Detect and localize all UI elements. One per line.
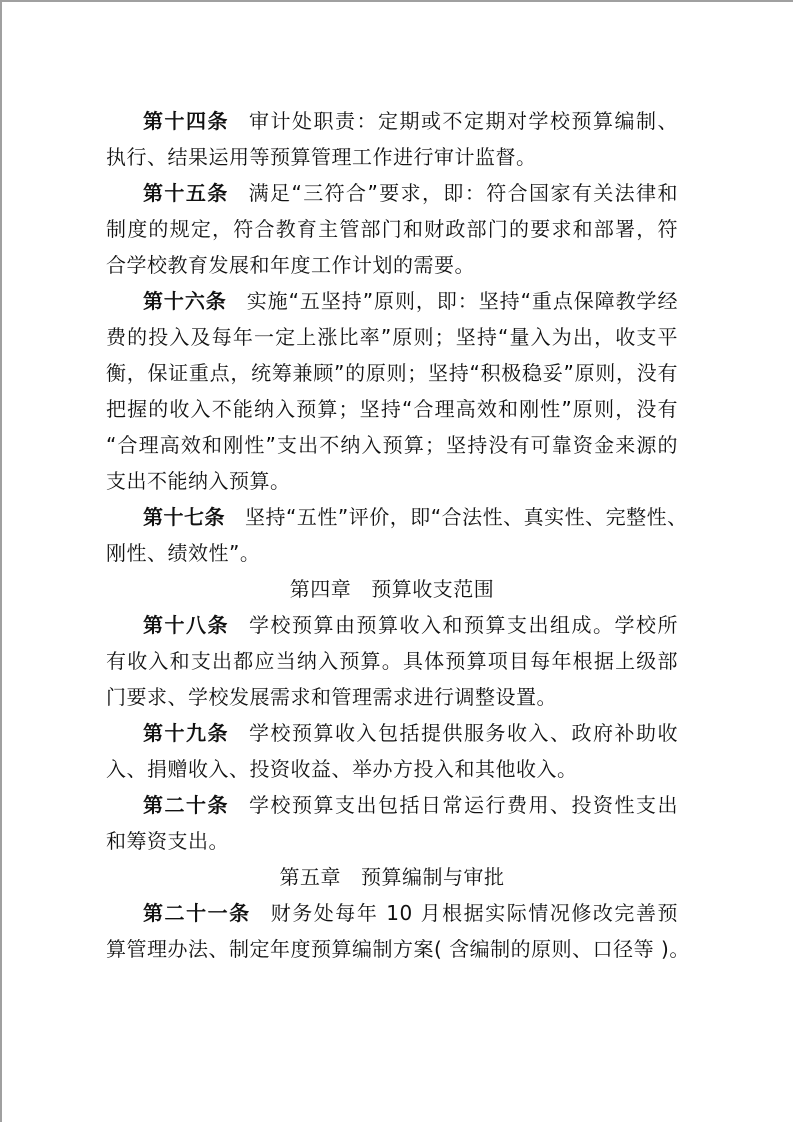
article-16-line-1: 第十六条实施“五坚持”原则，即：坚持“重点保障教学经: [106, 283, 678, 319]
article-14-line-2: 执行、结果运用等预算管理工作进行审计监督。: [106, 139, 678, 175]
article-16-line-6: 支出不能纳入预算。: [106, 463, 678, 499]
article-number: 第十五条: [143, 181, 229, 205]
article-number: 第十六条: [143, 289, 227, 313]
article-14-line-1: 第十四条审计处职责：定期或不定期对学校预算编制、: [106, 103, 678, 139]
chapter-4-heading: 第四章预算收支范围: [106, 571, 678, 607]
article-number: 第十四条: [143, 109, 229, 133]
article-17-line-2: 刚性、绩效性”。: [106, 535, 678, 571]
article-16-line-2: 费的投入及每年一定上涨比率”原则；坚持“量入为出，收支平: [106, 319, 678, 355]
article-text: 坚持“五性”评价，即“合法性、真实性、完整性、: [245, 505, 688, 529]
chapter-title: 预算收支范围: [371, 577, 494, 601]
document-page: 第十四条审计处职责：定期或不定期对学校预算编制、 执行、结果运用等预算管理工作进…: [0, 0, 793, 1122]
article-text: 满足“三符合”要求，即：符合国家有关法律和: [249, 181, 678, 205]
article-text: 实施“五坚持”原则，即：坚持“重点保障教学经: [247, 289, 678, 313]
article-text: 学校预算收入包括提供服务收入、政府补助收: [249, 721, 678, 745]
article-18-line-1: 第十八条学校预算由预算收入和预算支出组成。学校所: [106, 607, 678, 643]
article-18-line-3: 门要求、学校发展需求和管理需求进行调整设置。: [106, 679, 678, 715]
article-text: 学校预算由预算收入和预算支出组成。学校所: [249, 613, 678, 637]
chapter-5-heading: 第五章预算编制与审批: [106, 859, 678, 895]
article-number: 第十七条: [143, 505, 225, 529]
article-19-line-2: 入、捐赠收入、投资收益、举办方投入和其他收入。: [106, 751, 678, 787]
chapter-number: 第五章: [280, 865, 342, 889]
article-number: 第十八条: [143, 613, 229, 637]
article-15-line-3: 合学校教育发展和年度工作计划的需要。: [106, 247, 678, 283]
article-18-line-2: 有收入和支出都应当纳入预算。具体预算项目每年根据上级部: [106, 643, 678, 679]
article-16-line-3: 衡，保证重点，统筹兼顾”的原则；坚持“积极稳妥”原则，没有: [106, 355, 678, 391]
article-number: 第十九条: [143, 721, 229, 745]
article-21-line-1: 第二十一条财务处每年 10 月根据实际情况修改完善预: [106, 895, 678, 931]
article-21-line-2: 算管理办法、制定年度预算编制方案( 含编制的原则、口径等 )。: [106, 931, 678, 967]
article-text: 财务处每年 10 月根据实际情况修改完善预: [271, 901, 678, 925]
article-20-line-1: 第二十条学校预算支出包括日常运行费用、投资性支出: [106, 787, 678, 823]
article-number: 第二十一条: [143, 901, 251, 925]
article-15-line-2: 制度的规定，符合教育主管部门和财政部门的要求和部署，符: [106, 211, 678, 247]
chapter-number: 第四章: [290, 577, 352, 601]
article-16-line-5: “合理高效和刚性”支出不纳入预算；坚持没有可靠资金来源的: [106, 427, 678, 463]
article-text: 学校预算支出包括日常运行费用、投资性支出: [249, 793, 678, 817]
article-20-line-2: 和筹资支出。: [106, 823, 678, 859]
article-19-line-1: 第十九条学校预算收入包括提供服务收入、政府补助收: [106, 715, 678, 751]
article-15-line-1: 第十五条满足“三符合”要求，即：符合国家有关法律和: [106, 175, 678, 211]
article-text: 审计处职责：定期或不定期对学校预算编制、: [249, 109, 678, 133]
article-17-line-1: 第十七条坚持“五性”评价，即“合法性、真实性、完整性、: [106, 499, 678, 535]
article-16-line-4: 把握的收入不能纳入预算；坚持“合理高效和刚性”原则，没有: [106, 391, 678, 427]
article-number: 第二十条: [143, 793, 229, 817]
chapter-title: 预算编制与审批: [361, 865, 505, 889]
document-body: 第十四条审计处职责：定期或不定期对学校预算编制、 执行、结果运用等预算管理工作进…: [106, 103, 686, 967]
